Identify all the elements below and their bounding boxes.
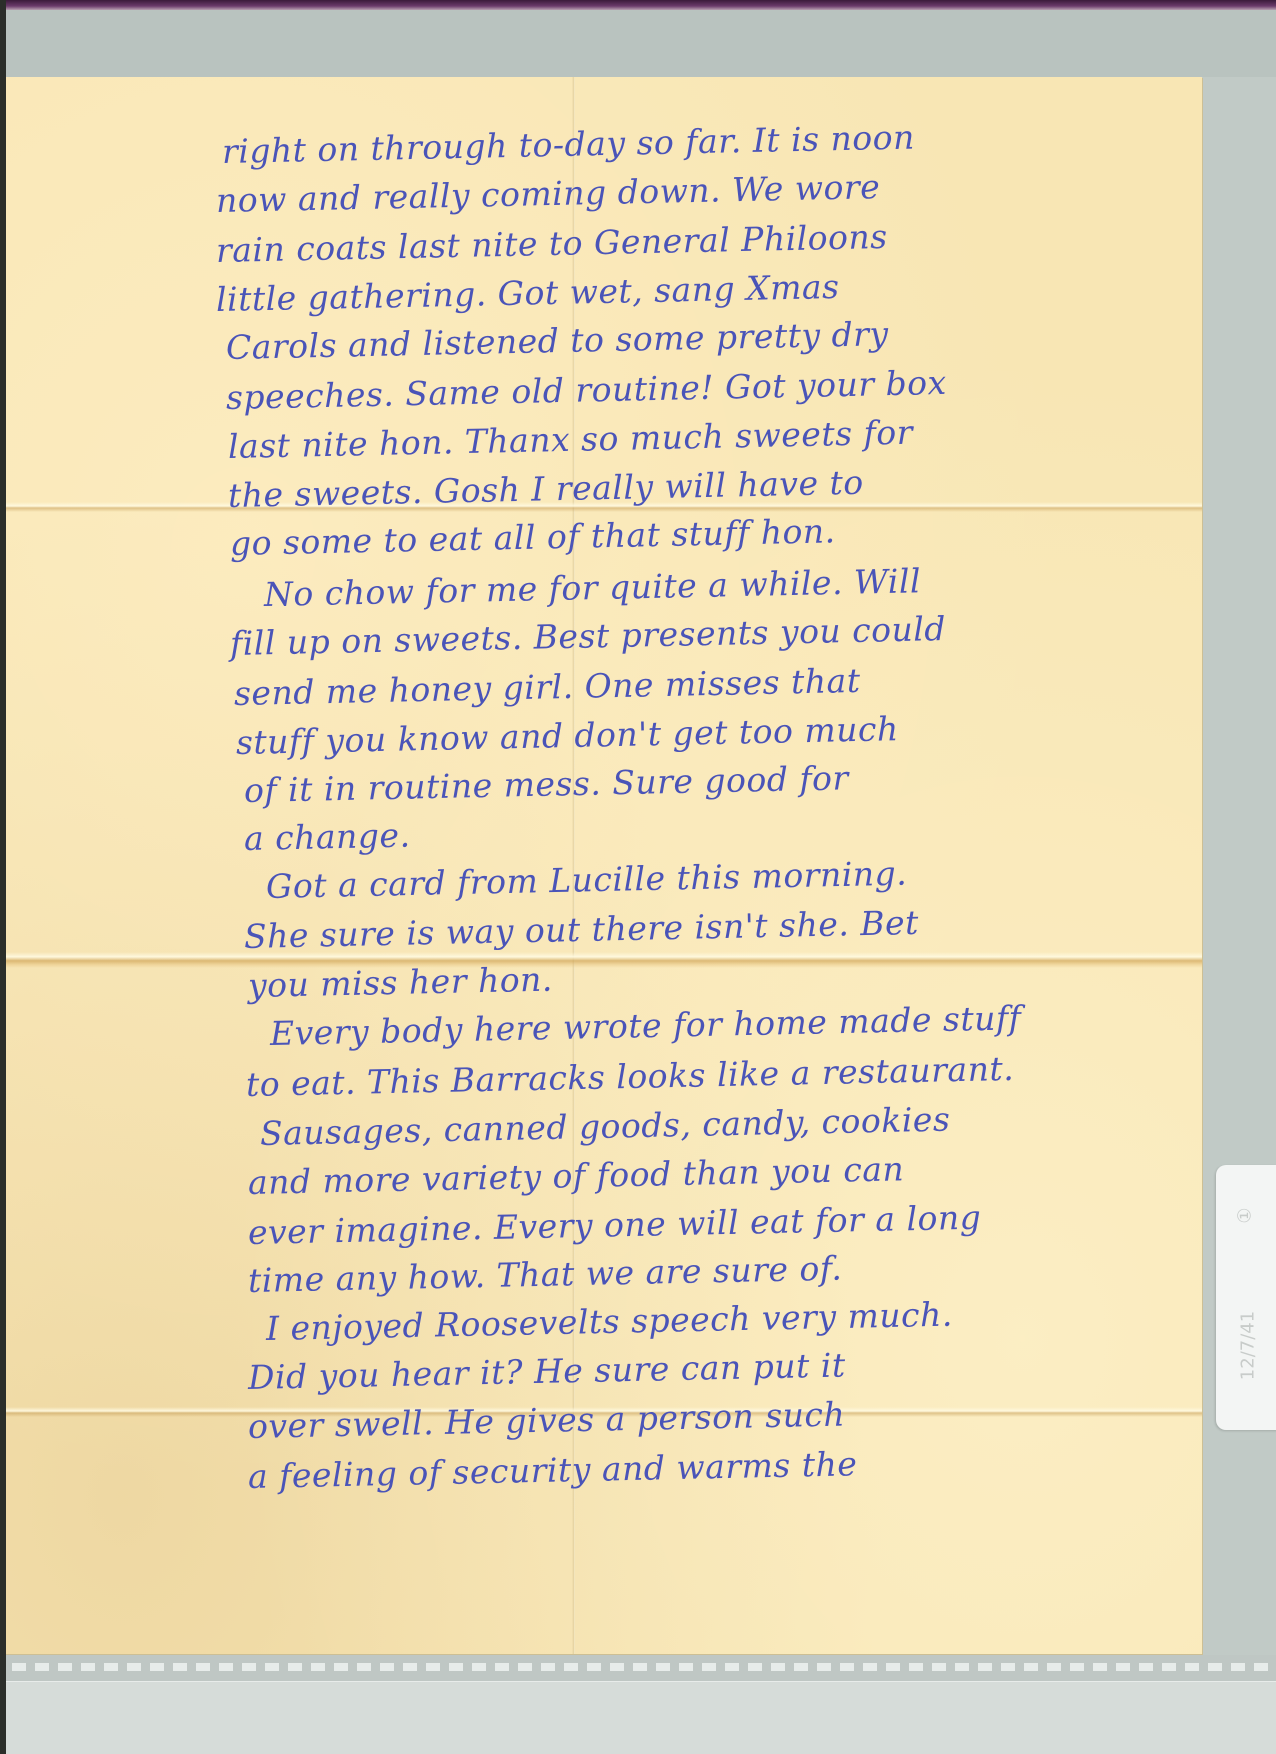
text-line: go some to eat all of that stuff hon. [230,511,836,563]
text-line: Did you hear it? He sure can put it [248,1345,846,1397]
scan-left-edge [0,0,6,1754]
text-line: She sure is way out there isn't she. Bet [244,903,920,956]
text-line: last nite hon. Thanx so much sweets for [228,413,914,466]
text-line: to eat. This Barracks looks like a resta… [246,1049,1015,1104]
tab-date: 12/7/41 [1238,1306,1259,1386]
sleeve-seal-strip [6,1655,1276,1682]
archive-label-tab: ① 12/7/41 [1216,1165,1276,1430]
text-line: speeches. Same old routine! Got your box [226,363,947,417]
text-line: Sausages, canned goods, candy, cookies [260,1100,951,1153]
text-line: and more variety of food than you can [248,1149,905,1202]
text-line: you miss her hon. [248,960,554,1005]
text-line: over swell. He gives a person such [248,1394,846,1445]
text-line: a feeling of security and warms the [248,1444,858,1496]
text-line: rain coats last nite to General Philoons [216,217,888,270]
text-line: Carols and listened to some pretty dry [226,314,889,367]
text-line: send me honey girl. One misses that [234,661,861,713]
sleeve-top-margin [6,10,1276,77]
text-line: of it in routine mess. Sure good for [244,758,850,810]
text-line: ever imagine. Every one will eat for a l… [248,1198,982,1252]
letter-page: right on through to-day so far. It is no… [4,77,1202,1654]
text-line: I enjoyed Roosevelts speech very much. [266,1295,954,1348]
text-line: now and really coming down. We wore [216,167,881,220]
text-line: the sweets. Gosh I really will have to [228,463,864,515]
scan-top-edge [0,0,1276,10]
text-line: time any how. That we are sure of. [248,1249,843,1300]
text-line: little gathering. Got wet, sang Xmas [216,267,840,319]
handwritten-text: right on through to-day so far. It is no… [4,77,1202,1654]
text-line: right on through to-day so far. It is no… [222,117,916,171]
sleeve-bottom-margin [6,1682,1276,1754]
text-line: Got a card from Lucille this morning. [266,854,908,906]
text-line: No chow for me for quite a while. Will [264,561,922,614]
text-line: a change. [244,816,411,858]
tab-number: ① [1235,1201,1256,1231]
text-line: Every body here wrote for home made stuf… [270,998,1022,1053]
text-line: fill up on sweets. Best presents you cou… [230,609,947,663]
text-line: stuff you know and don't get too much [236,709,899,762]
